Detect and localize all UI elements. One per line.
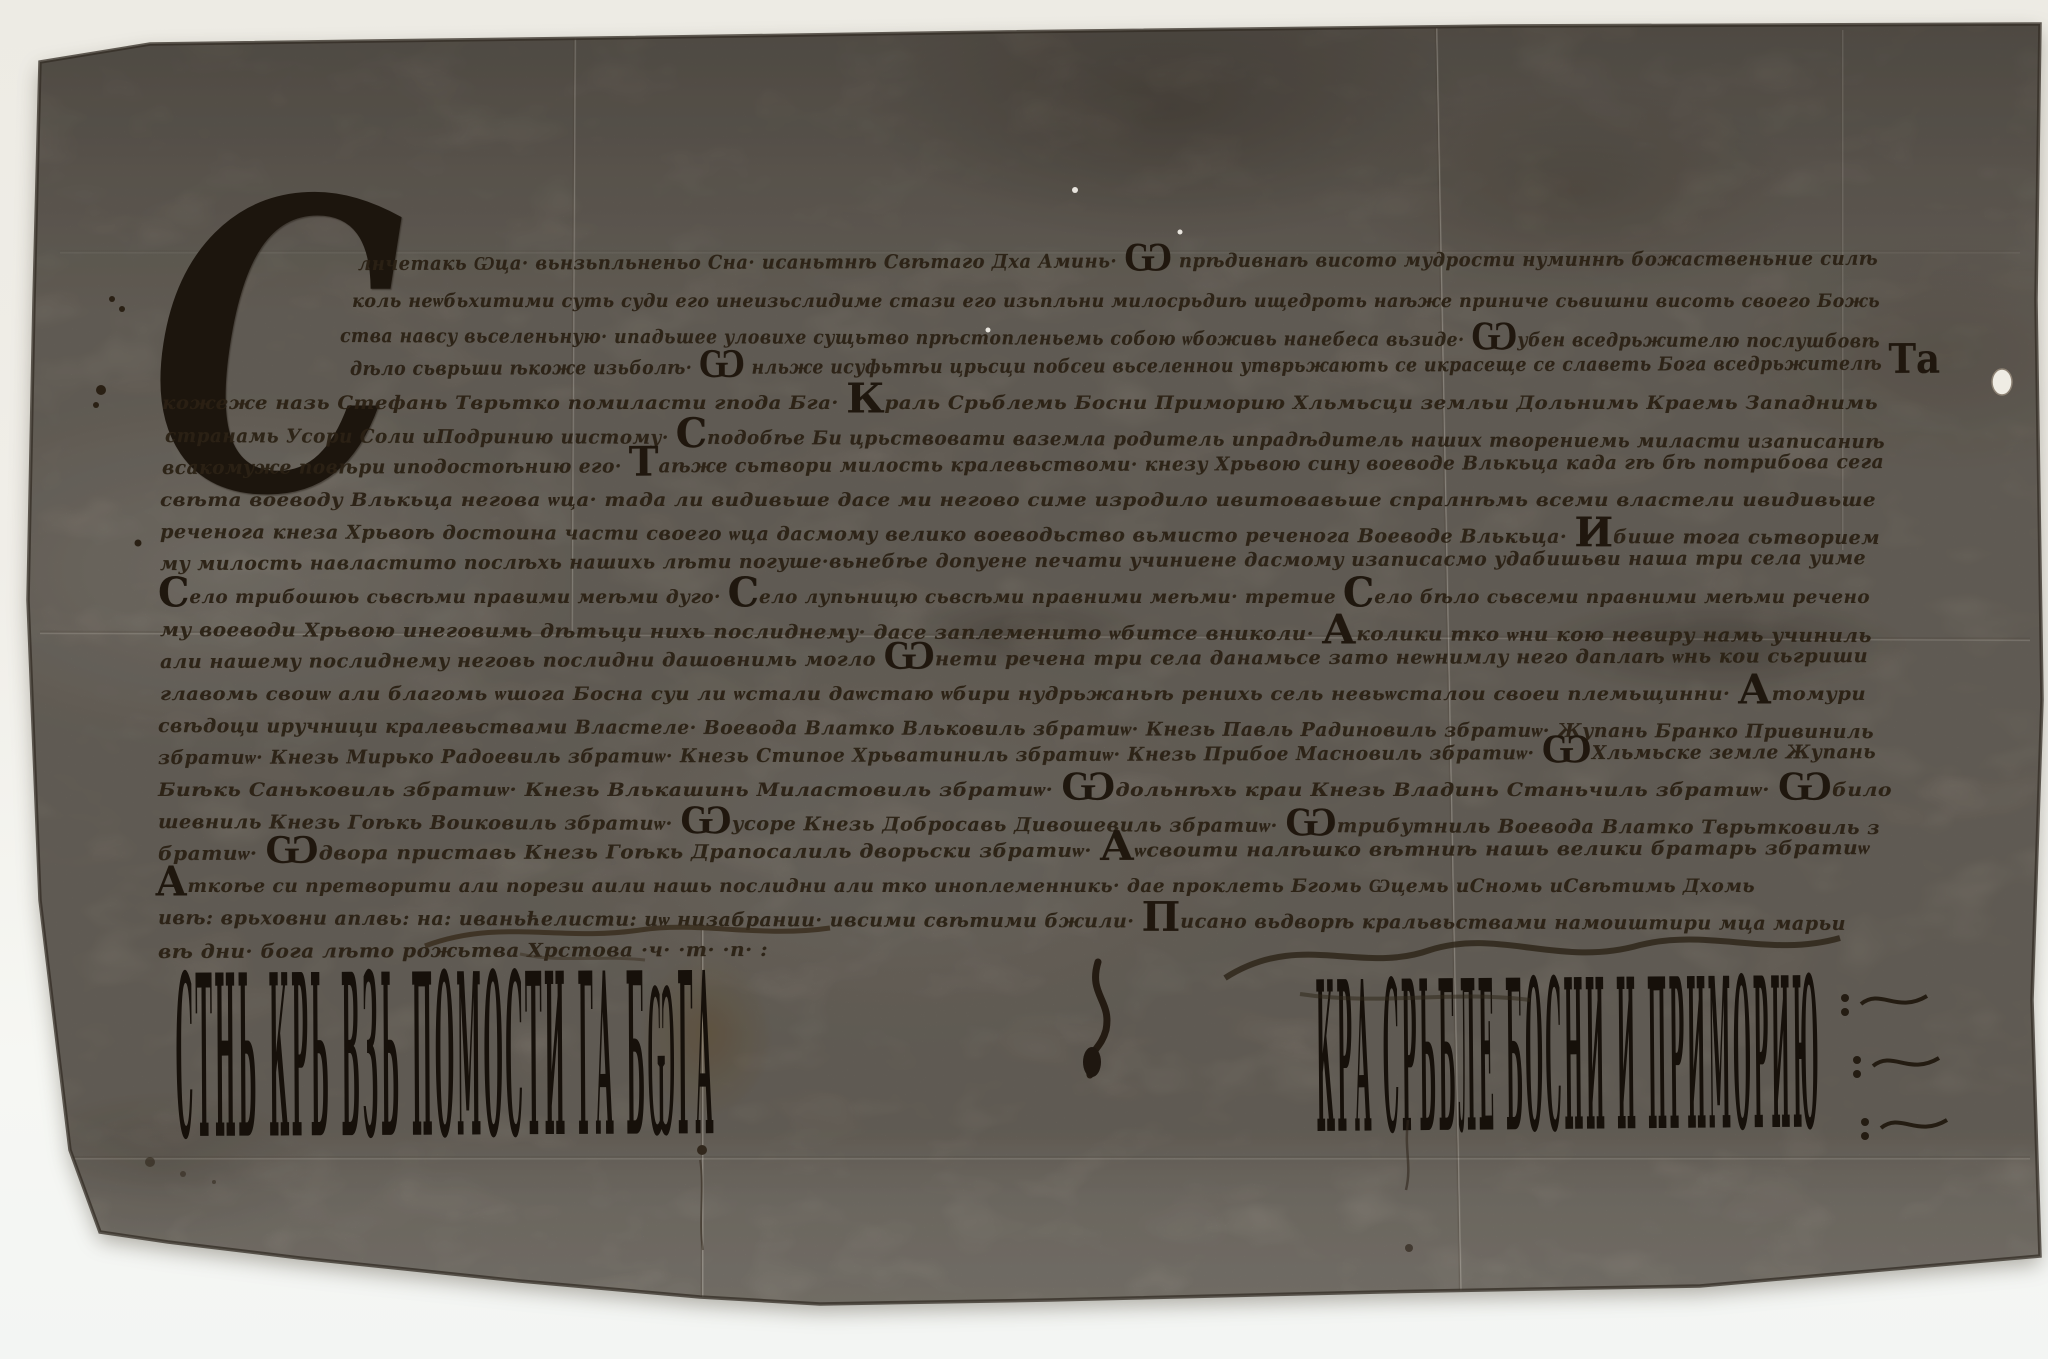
- inline-initial: Ѡ: [680, 795, 732, 843]
- inline-initial: Ѡ: [1124, 232, 1172, 280]
- signature-left-calligraphy: СТНЬ КРЬ ВЗЬ ПОМОСТИ ГА БѠГА: [175, 937, 716, 1186]
- parchment-wrapper: С лнчетакь Ѡца· вьнзьпльненьо Сна· исань…: [0, 0, 2048, 1359]
- text-line: кожеже назь Стефань Тврьтко помиласти гп…: [162, 392, 1878, 414]
- text-line: Биѣкь Саньковиль збратиѡ· Кнезь Влькашин…: [158, 779, 1892, 802]
- inline-initial: С: [728, 568, 759, 616]
- text-line: Село трибошюь сьвсѣми правими меѣми дуго…: [158, 586, 1870, 608]
- inline-initial: А: [1099, 822, 1134, 870]
- inline-initial: А: [155, 857, 187, 905]
- inline-initial: Ѡ: [1777, 761, 1832, 809]
- inline-initial: А: [1738, 665, 1772, 713]
- inline-initial: Ѡ: [265, 825, 319, 873]
- inline-initial: Та: [1888, 335, 1940, 383]
- inline-initial: С: [158, 568, 189, 616]
- inline-initial: П: [1141, 893, 1180, 941]
- inline-initial: Ѡ: [883, 631, 935, 679]
- inline-initial: Ѡ: [699, 339, 745, 387]
- inline-initial: Ѡ: [1061, 761, 1116, 809]
- text-line: Аткоѣе си претворити али порези аили наш…: [155, 875, 1755, 898]
- inline-initial: Ѡ: [1541, 724, 1591, 772]
- text-line: коль неѡбьхитими суть суди его инеизьсли…: [352, 290, 1880, 313]
- inline-initial: Ѡ: [1471, 311, 1518, 359]
- text-line: главомь своиѡ али благомь ѡшога Босна су…: [160, 683, 1866, 706]
- text-line: свѣта воеводу Влькьца негова ѡца· тада л…: [160, 489, 1876, 512]
- photo-background: С лнчетакь Ѡца· вьнзьпльненьо Сна· исань…: [0, 0, 2048, 1359]
- parchment-sheet: С лнчетакь Ѡца· вьнзьпльненьо Сна· исань…: [0, 0, 2048, 1359]
- signature-right-calligraphy: КРА СРЬБЛЕ БОСНИ И ПРИМОРИЮ: [1315, 943, 1822, 1176]
- inline-initial: С: [676, 409, 708, 457]
- inline-initial: Т: [629, 438, 659, 486]
- inline-initial: К: [846, 374, 884, 422]
